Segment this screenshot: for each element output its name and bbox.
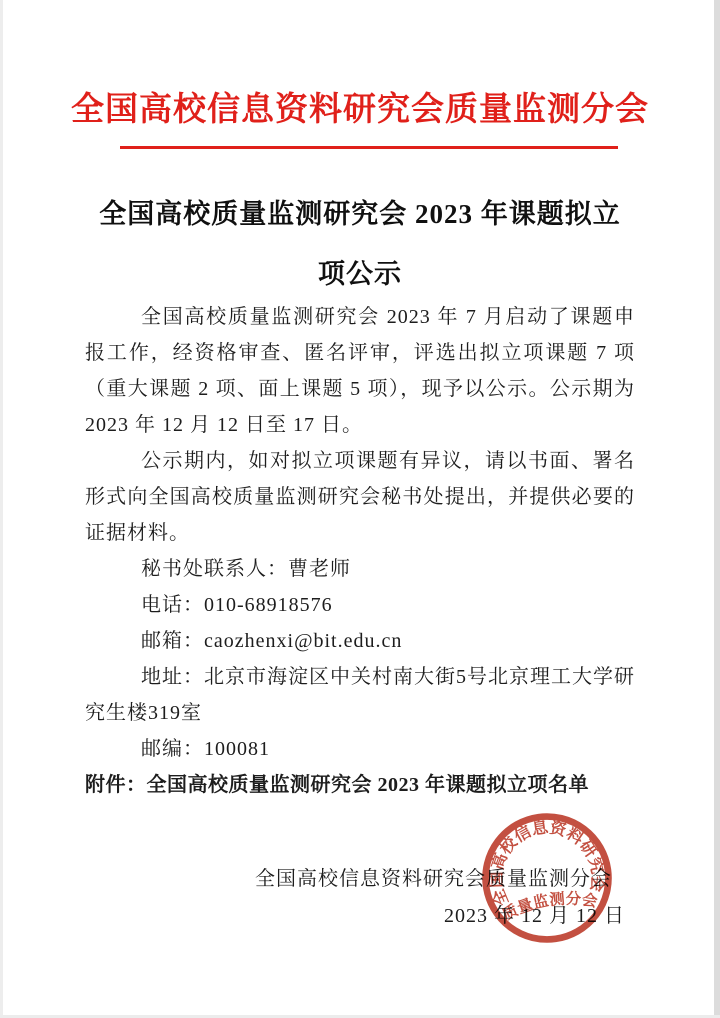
document-page: 全国高校信息资料研究会质量监测分会 全国高校质量监测研究会 2023 年课题拟立…	[0, 0, 720, 1018]
attachment-line: 附件：全国高校质量监测研究会 2023 年课题拟立项名单	[85, 767, 635, 803]
scan-edge-right	[714, 0, 720, 1018]
paragraph-objection: 公示期内，如对拟立项课题有异议，请以书面、署名形式向全国高校质量监测研究会秘书处…	[85, 443, 635, 551]
postal-code-line: 邮编：100081	[85, 731, 635, 767]
address-line: 地址：北京市海淀区中关村南大街5号北京理工大学研究生楼319室	[85, 659, 635, 731]
contact-person-line: 秘书处联系人：曹老师	[85, 551, 635, 587]
document-title: 全国高校质量监测研究会 2023 年课题拟立 项公示	[0, 184, 720, 304]
scan-edge-left	[0, 0, 3, 1018]
document-title-line1: 全国高校质量监测研究会 2023 年课题拟立	[0, 184, 720, 244]
letterhead-org-name: 全国高校信息资料研究会质量监测分会	[0, 88, 720, 132]
seal-inner-text: 质量监测分会	[497, 883, 602, 925]
email-line: 邮箱：caozhenxi@bit.edu.cn	[85, 623, 635, 659]
official-seal: 全国高校信息资料研究会 质量监测分会	[466, 797, 629, 960]
document-title-line2: 项公示	[0, 244, 720, 304]
letterhead-divider	[120, 146, 618, 149]
paragraph-announcement: 全国高校质量监测研究会 2023 年 7 月启动了课题申报工作，经资格审查、匿名…	[85, 299, 635, 443]
svg-text:质量监测分会: 质量监测分会	[497, 883, 602, 925]
document-body: 全国高校质量监测研究会 2023 年 7 月启动了课题申报工作，经资格审查、匿名…	[85, 299, 635, 803]
phone-line: 电话：010-68918576	[85, 587, 635, 623]
